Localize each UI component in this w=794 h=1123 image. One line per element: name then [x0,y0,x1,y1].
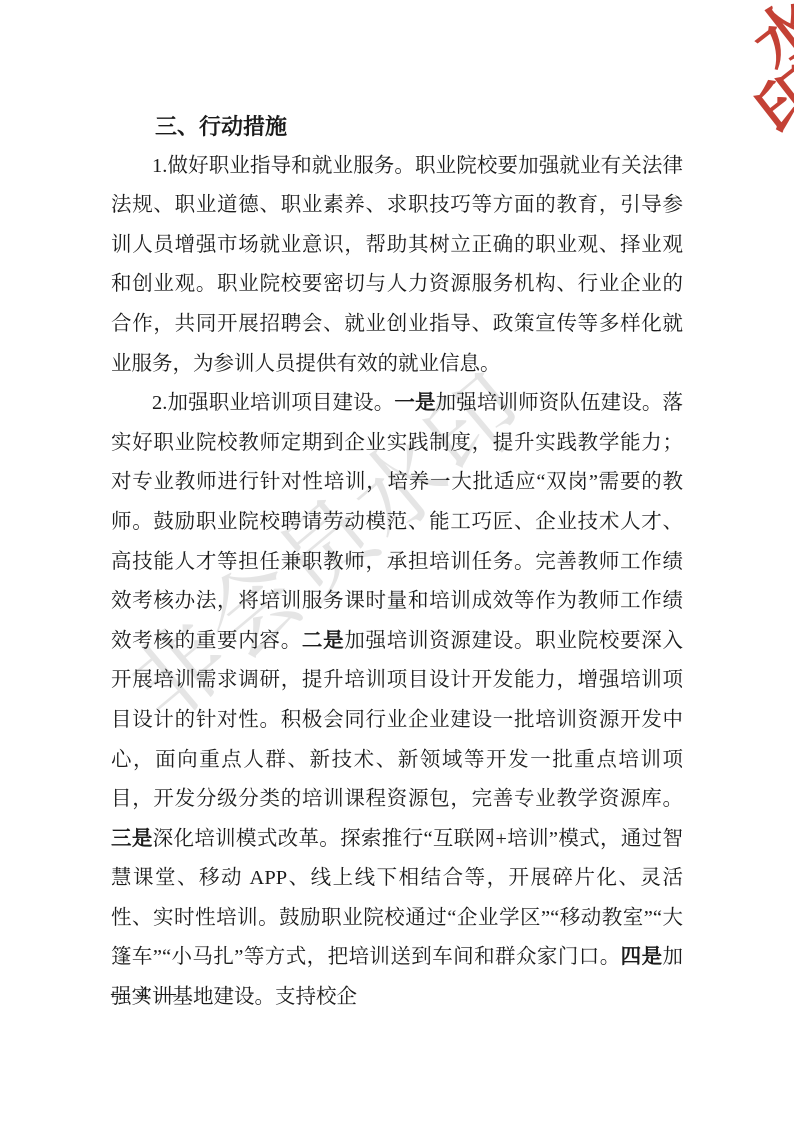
text-run: 2.加强职业培训项目建设。 [152,392,394,414]
paragraph: 2.加强职业培训项目建设。一是加强培训师资队伍建设。落实好职业院校教师定期到企业… [111,384,683,1018]
bold-run: 二是 [302,630,344,652]
text-run: 加强培训师资队伍建设。落实好职业院校教师定期到企业实践制度，提升实践教学能力；对… [111,392,683,652]
text-run: 深化培训模式改革。探索推行“互联网+培训”模式，通过智慧课堂、移动 APP、线上… [111,828,683,969]
bold-run: 四是 [621,946,663,968]
document-body: 三、行动措施 1.做好职业指导和就业服务。职业院校要加强就业有关法律法规、职业道… [0,0,794,1018]
paragraph: 1.做好职业指导和就业服务。职业院校要加强就业有关法律法规、职业道德、职业素养、… [111,147,683,385]
page-number: — 4 — [111,983,178,1005]
bold-run: 三是 [111,828,153,850]
bold-run: 一是 [394,392,435,414]
text-run: 1.做好职业指导和就业服务。职业院校要加强就业有关法律法规、职业道德、职业素养、… [111,155,683,375]
text-run: 加强培训资源建设。职业院校要深入开展培训需求调研，提升培训项目设计开发能力，增强… [111,630,683,810]
document-page: 非会员水印 水印 三、行动措施 1.做好职业指导和就业服务。职业院校要加强就业有… [0,0,794,1123]
paragraph-container: 1.做好职业指导和就业服务。职业院校要加强就业有关法律法规、职业道德、职业素养、… [111,147,683,1018]
section-heading: 三、行动措施 [111,107,683,147]
